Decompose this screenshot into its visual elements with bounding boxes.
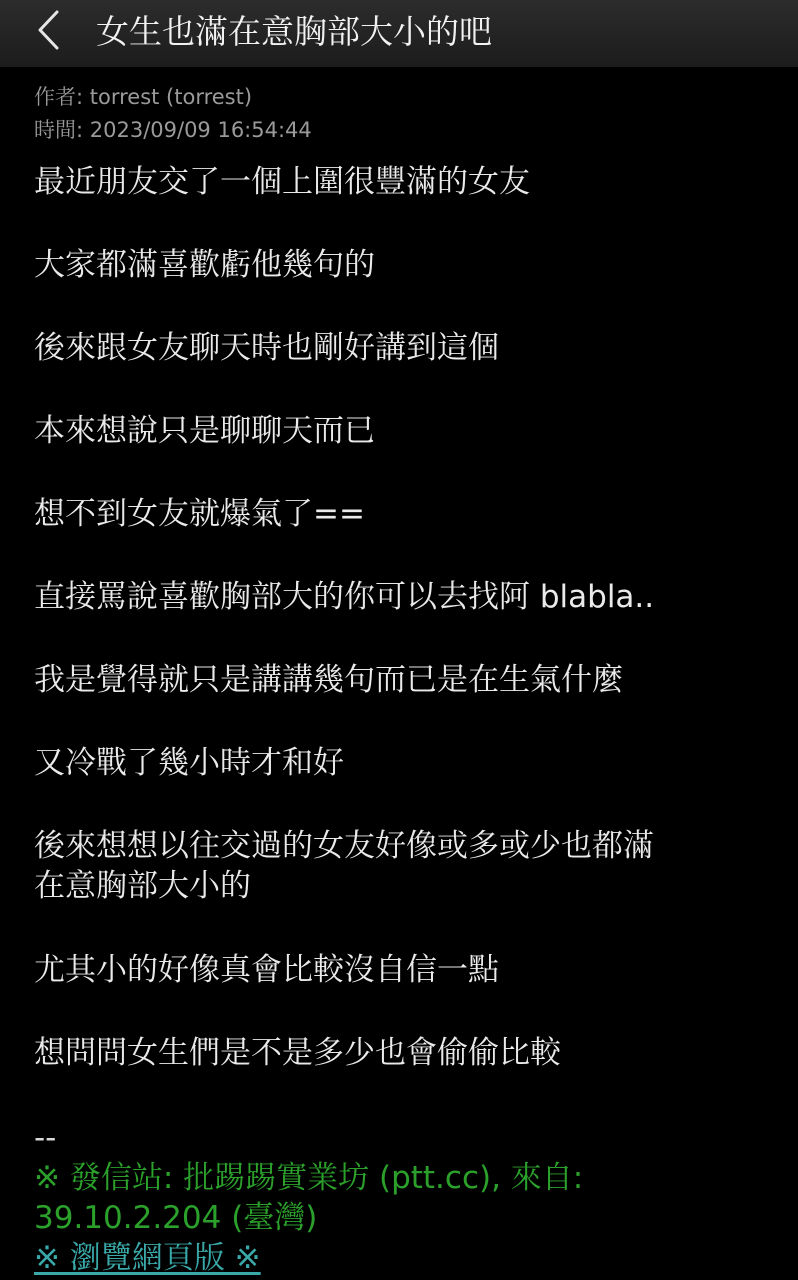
body-line: 想不到女友就爆氣了==: [34, 494, 365, 534]
origin-line: ※ 發信站: 批踢踢實業坊 (ptt.cc), 來自:: [34, 1158, 583, 1198]
web-version-link[interactable]: ※ 瀏覽網頁版 ※: [34, 1238, 261, 1278]
body-line: 想問問女生們是不是多少也會偷偷比較: [34, 1033, 561, 1073]
author-line: 作者: torrest (torrest): [34, 83, 252, 111]
chevron-left-icon: [35, 10, 61, 54]
body-line: 在意胸部大小的: [34, 866, 251, 906]
body-line: 直接罵說喜歡胸部大的你可以去找阿 blabla..: [34, 577, 654, 617]
body-line: 後來跟女友聊天時也剛好講到這個: [34, 328, 499, 368]
article-title: 女生也滿在意胸部大小的吧: [96, 10, 492, 54]
body-line: 大家都滿喜歡虧他幾句的: [34, 245, 375, 285]
body-line: 本來想說只是聊聊天而已: [34, 411, 375, 451]
body-line: 最近朋友交了一個上圍很豐滿的女友: [34, 162, 530, 202]
signature-separator: --: [34, 1118, 56, 1158]
origin-ip-line: 39.10.2.204 (臺灣): [34, 1198, 317, 1238]
back-button[interactable]: [28, 12, 68, 52]
body-line: 我是覺得就只是講講幾句而已是在生氣什麼: [34, 660, 623, 700]
time-line: 時間: 2023/09/09 16:54:44: [34, 116, 312, 144]
body-line: 尤其小的好像真會比較沒自信一點: [34, 950, 499, 990]
body-line: 後來想想以往交過的女友好像或多或少也都滿: [34, 826, 654, 866]
body-line: 又冷戰了幾小時才和好: [34, 743, 344, 783]
nav-header: 女生也滿在意胸部大小的吧: [0, 0, 798, 67]
